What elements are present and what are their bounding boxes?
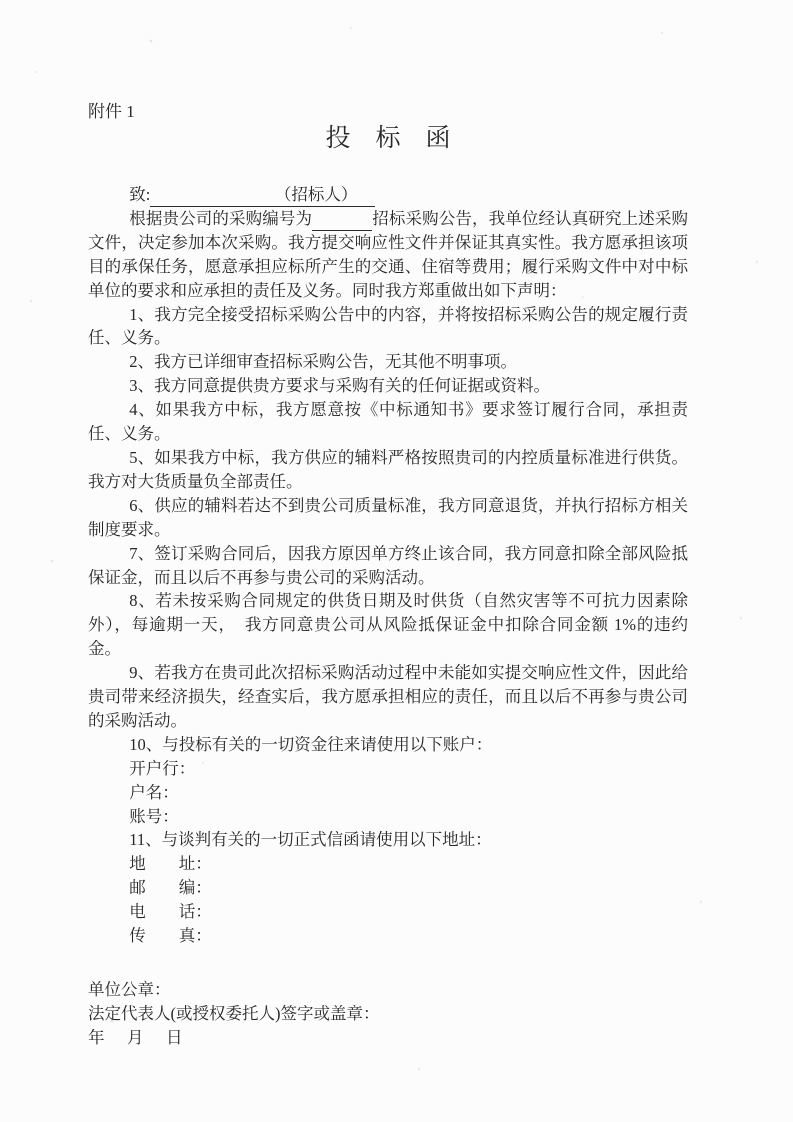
clause-paragraph-9: 9、若我方在贵司此次招标采购活动过程中未能如实提交响应性文件，因此给贵司带来经济… — [88, 661, 688, 733]
recipient-blank-underline: （招标人） — [150, 184, 375, 207]
clause-paragraph-1: 1、我方完全接受招标采购公告中的内容，并将按招标采购公告的规定履行责任、义务。 — [88, 303, 688, 351]
clause-paragraph-7: 7、签订采购合同后，因我方原因单方终止该合同，我方同意扣除全部风险抵保证金，而且… — [88, 542, 688, 590]
signature-block: 单位公章： 法定代表人(或授权委托人)签字或盖章： 年 月 日 — [88, 978, 688, 1050]
clause-paragraph-4: 4、如果我方中标，我方愿意按《中标通知书》要求签订履行合同，承担责任、义务。 — [88, 398, 688, 446]
account-holder-field: 户名： — [88, 781, 688, 805]
intro-paragraph: 根据贵公司的采购编号为招标采购公告，我单位经认真研究上述采购文件，决定参加本次采… — [88, 207, 688, 303]
salutation-line: 致:（招标人） — [88, 183, 688, 207]
date-line: 年 月 日 — [88, 1026, 688, 1050]
salutation-prefix: 致: — [129, 185, 150, 204]
clause-paragraph-8: 8、若未按采购合同规定的供货日期及时供货（自然灾害等不可抗力因素除外），每逾期一… — [88, 589, 688, 661]
legal-representative-line: 法定代表人(或授权委托人)签字或盖章： — [88, 1002, 688, 1026]
document-content: 附件 1 投 标 函 致:（招标人） 根据贵公司的采购编号为招标采购公告，我单位… — [88, 100, 688, 1050]
clause-paragraph-6: 6、供应的辅料若达不到贵公司质量标准，我方同意退货，并执行招标方相关制度要求。 — [88, 494, 688, 542]
bank-name-field: 开户行： — [88, 757, 688, 781]
address-field: 地 址： — [88, 852, 688, 876]
clause-paragraph-5: 5、如果我方中标，我方供应的辅料严格按照贵司的内控质量标准进行供货。我方对大货质… — [88, 446, 688, 494]
postcode-field: 邮 编： — [88, 876, 688, 900]
recipient-label: （招标人） — [275, 185, 358, 204]
scanned-tender-letter-page: 附件 1 投 标 函 致:（招标人） 根据贵公司的采购编号为招标采购公告，我单位… — [0, 0, 793, 1122]
document-title: 投 标 函 — [88, 124, 688, 154]
fax-field: 传 真： — [88, 924, 688, 948]
phone-field: 电 话： — [88, 900, 688, 924]
clause-paragraph-3: 3、我方同意提供贵方要求与采购有关的任何证据或资料。 — [88, 374, 688, 398]
company-seal-line: 单位公章： — [88, 978, 688, 1002]
account-section-heading: 10、与投标有关的一切资金往来请使用以下账户： — [88, 733, 688, 757]
address-section-heading: 11、与谈判有关的一切正式信函请使用以下地址： — [88, 828, 688, 852]
intro-text-before-blank: 根据贵公司的采购编号为 — [129, 209, 312, 228]
account-number-field: 账号： — [88, 805, 688, 829]
procurement-number-blank — [312, 230, 372, 231]
attachment-label: 附件 1 — [88, 100, 688, 124]
clause-paragraph-2: 2、我方已详细审查招标采购公告，无其他不明事项。 — [88, 350, 688, 374]
